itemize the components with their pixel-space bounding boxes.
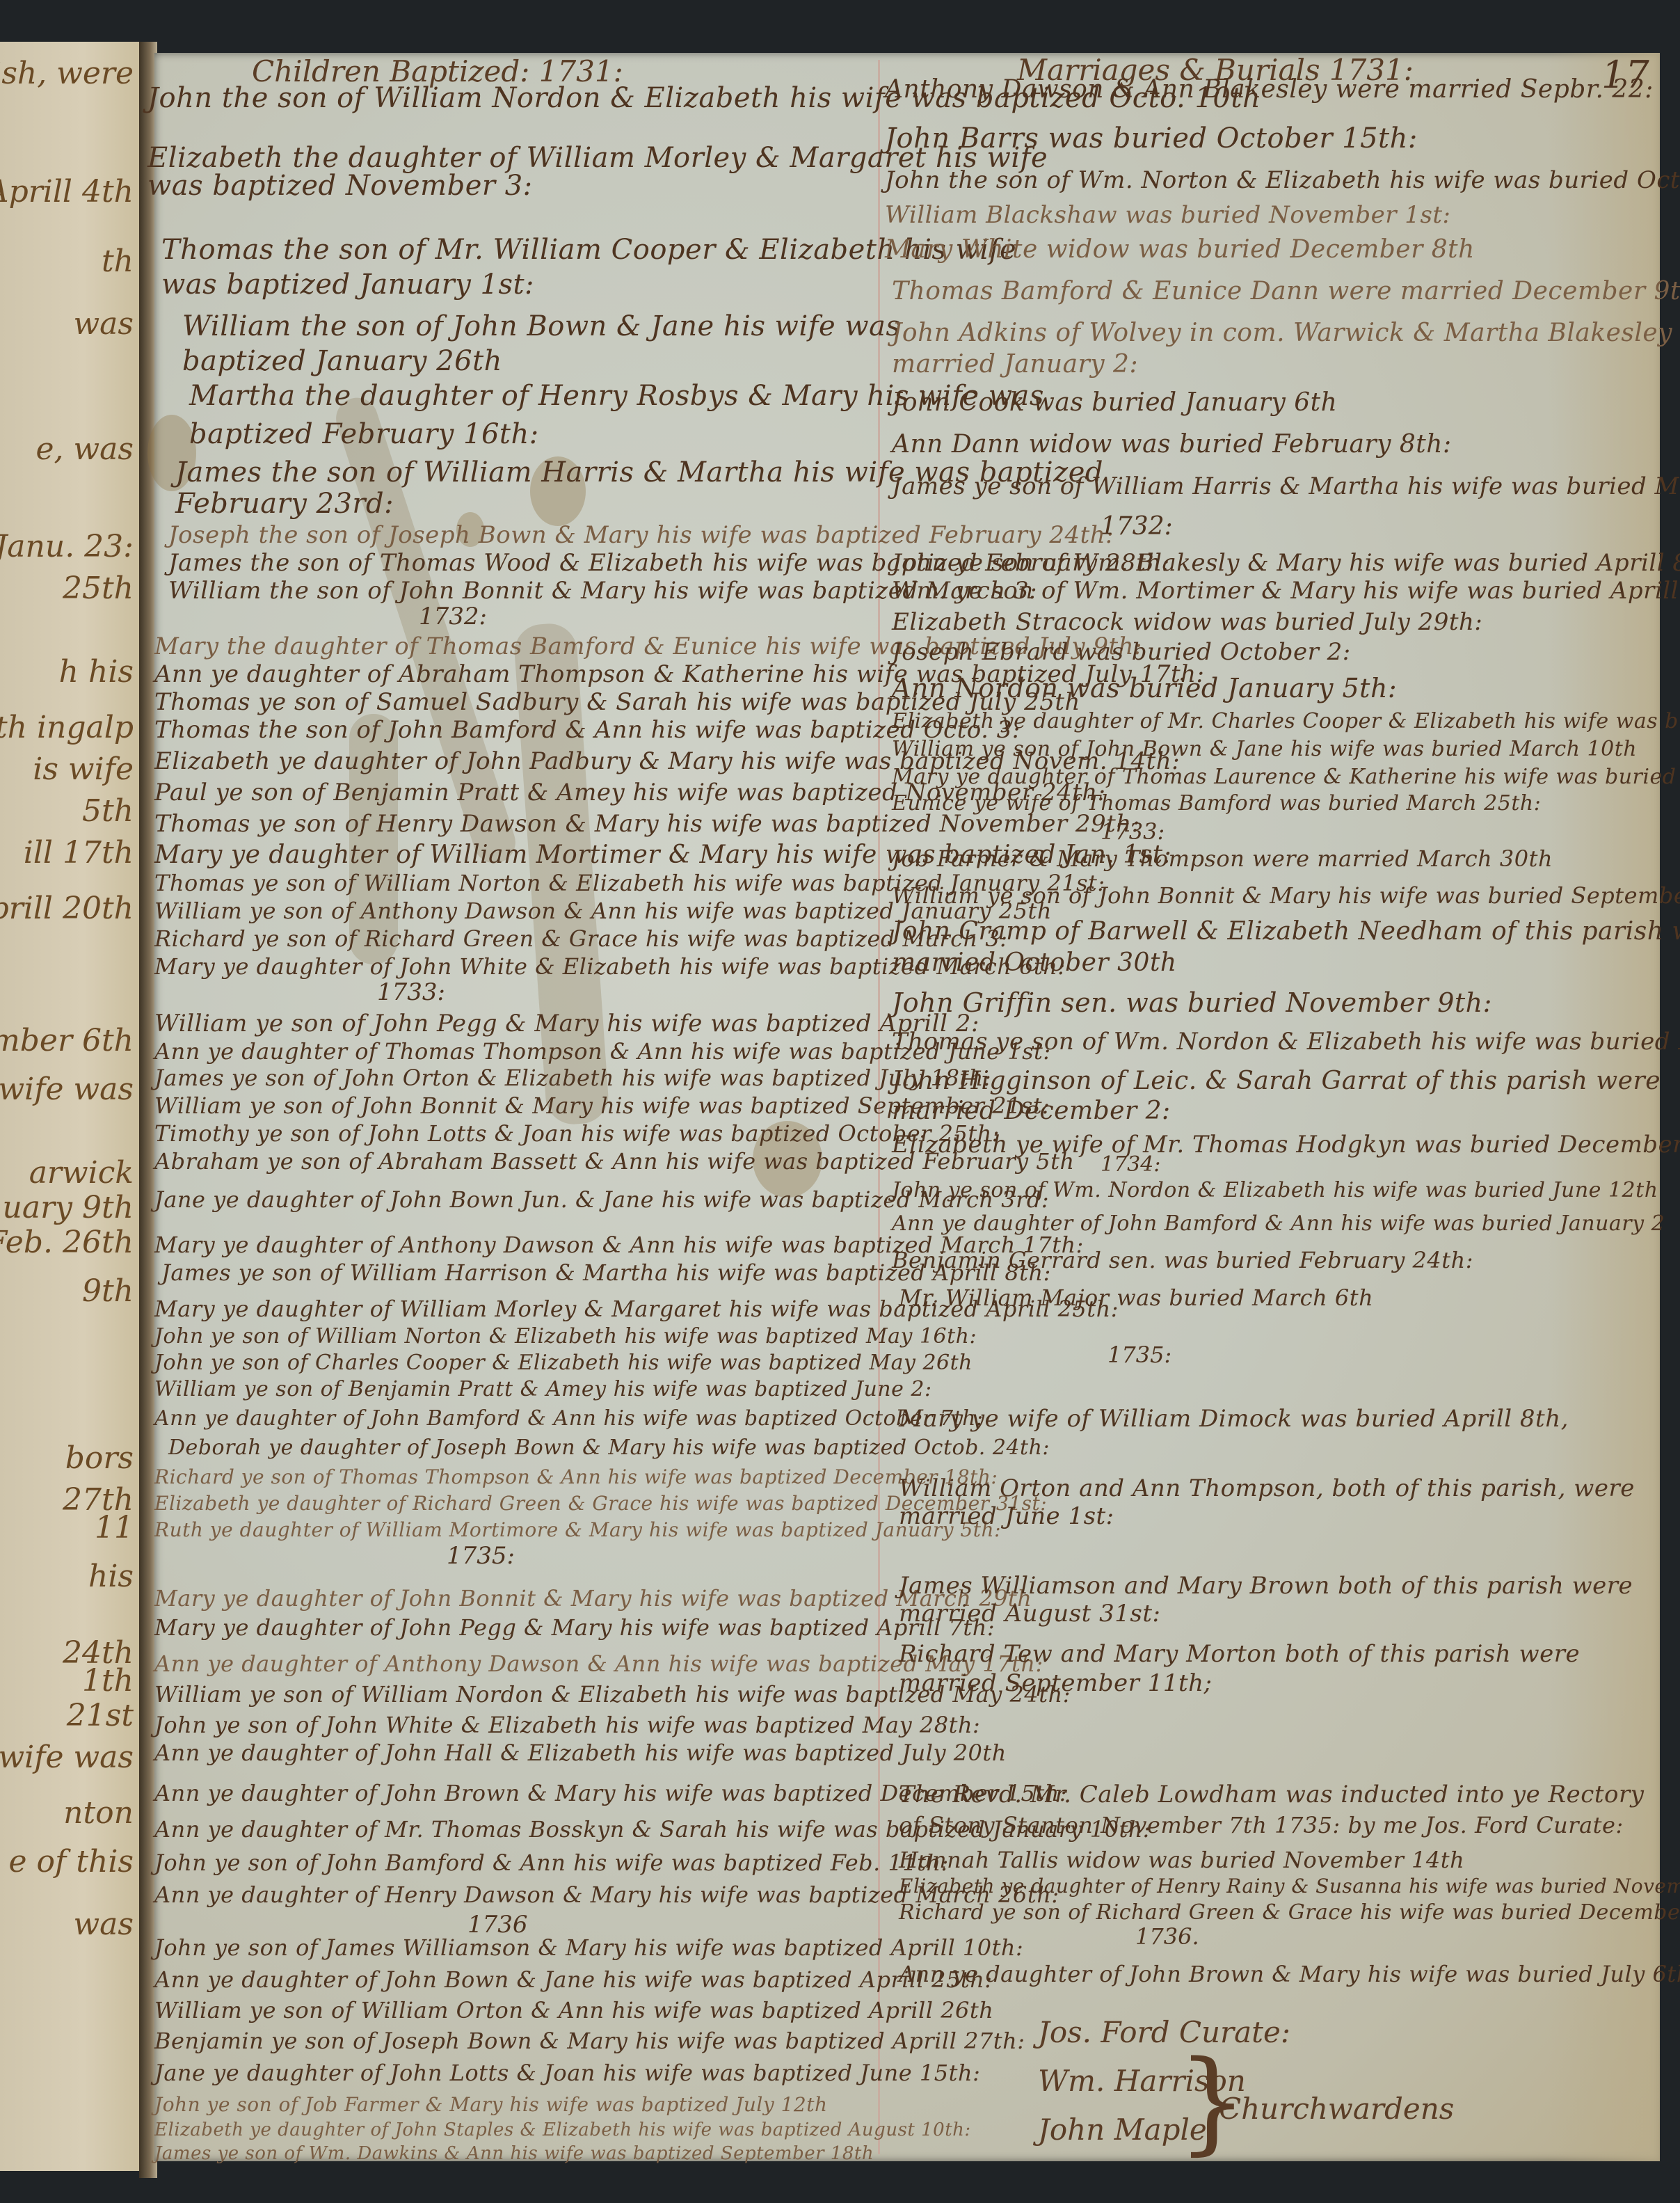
year-marker: 1735: [1107, 1342, 1171, 1368]
baptism-entry: Deborah ye daughter of Joseph Bown & Mar… [168, 1432, 1050, 1464]
register-entry: Mary White widow was buried December 8th [885, 234, 1475, 266]
register-entry: Joseph Ebrard was buried October 2: [892, 636, 1351, 668]
register-entry: Eunice ye wife of Thomas Bamford was bur… [892, 788, 1541, 820]
register-entry: John Griffin sen. was buried November 9t… [892, 987, 1492, 1019]
register-entry: Ann ye daughter of John Brown & Mary his… [899, 1958, 1680, 1990]
left-page-fragment: Aprill 20th [0, 891, 134, 926]
baptism-entry: John ye son of James Williamson & Mary h… [154, 1932, 1023, 1964]
register-entry: The Revd. Mr. Caleb Lowdham was inducted… [899, 1779, 1644, 1811]
register-entry: Mr. William Major was buried March 6th [899, 1282, 1373, 1314]
baptism-entry: Jane ye daughter of John Lotts & Joan hi… [154, 2057, 980, 2089]
register-entry: John Barrs was buried October 15th: [885, 122, 1418, 154]
left-page-fragment: wife was [0, 1740, 134, 1775]
register-entry: William Blackshaw was buried November 1s… [885, 199, 1451, 231]
register-entry: John Cook was buried January 6th [892, 387, 1337, 419]
left-page-fragment: ember 6th [0, 1023, 134, 1058]
left-page-fragment: uary 9th [3, 1190, 134, 1225]
register-entry: Ann ye daughter of John Bamford & Ann hi… [892, 1208, 1665, 1240]
year-marker: 1733: [1101, 818, 1165, 845]
baptism-entry: James ye son of Wm. Dawkins & Ann his wi… [154, 2138, 874, 2170]
left-page-fragment: e of this [9, 1844, 134, 1879]
left-page-fragment: arwick [29, 1155, 134, 1191]
left-page-fragment: ied Janu. 23: [0, 529, 134, 564]
baptism-entry: Benjamin ye son of Joseph Bown & Mary hi… [154, 2025, 1025, 2057]
baptism-entry: was baptized January 1st: [161, 269, 534, 301]
baptism-entry: baptized January 26th [182, 345, 502, 377]
left-page-fragment: 1th [82, 1663, 134, 1699]
register-entry: Thomas Bamford & Eunice Dann were marrie… [892, 276, 1680, 308]
left-page-fragment: 25th [63, 571, 134, 606]
register-entry: Ann Dann widow was buried February 8th: [892, 429, 1452, 461]
left-page-fragment: was [74, 306, 134, 342]
baptism-entry: Ruth ye daughter of William Mortimore & … [154, 1514, 1001, 1546]
register-entry: Elizabeth ye wife of Mr. Thomas Hodgkyn … [892, 1129, 1680, 1161]
year-marker: 1734: [1101, 1152, 1160, 1177]
baptism-entry: John ye son of John Bamford & Ann his wi… [154, 1847, 949, 1879]
register-entry: married December 2: [892, 1095, 1171, 1127]
register-entry: Elizabeth Stracock widow was buried July… [892, 606, 1482, 638]
register-entry: John Adkins of Wolvey in com. Warwick & … [892, 317, 1680, 349]
left-page-fragment: bors [65, 1440, 134, 1476]
year-marker: 1735: [447, 1542, 515, 1570]
left-page-fragment: d Feb. 26th [0, 1225, 134, 1260]
baptism-entry: William ye son of William Orton & Ann hi… [154, 1994, 993, 2026]
baptism-entry: William ye son of Benjamin Pratt & Amey … [154, 1374, 932, 1406]
register-entry: married September 11th; [899, 1667, 1213, 1699]
register-entry: married August 31st: [899, 1598, 1160, 1630]
register-entry: Thomas ye son of Wm. Nordon & Elizabeth … [892, 1026, 1680, 1058]
left-page-fragment: uried Aprill 4th [0, 174, 134, 209]
left-page-fragment: 5th [82, 793, 134, 829]
register-entry: Richard Tew and Mary Morton both of this… [899, 1638, 1580, 1670]
register-entry: John the son of Wm. Norton & Elizabeth h… [885, 164, 1680, 196]
register-entry: married June 1st: [899, 1500, 1114, 1532]
left-facing-page: arish, were uried Aprill 4th th was e, w… [0, 42, 143, 2171]
left-page-fragment: is wife [33, 751, 134, 787]
left-page-fragment: 11 [95, 1510, 134, 1545]
baptism-entry: Ann ye daughter of John Bamford & Ann hi… [154, 1403, 984, 1435]
register-entry: Richard ye son of Richard Green & Grace … [899, 1897, 1680, 1929]
left-page-fragment: th [102, 244, 134, 279]
left-page-fragment: ll 5th ingalp [0, 710, 134, 745]
baptism-entry: February 23rd: [175, 488, 394, 520]
left-page-fragment: 9th [82, 1273, 134, 1309]
register-entry: John Cramp of Barwell & Elizabeth Needha… [892, 916, 1680, 948]
register-entry: Job Farmer & Mary Thompson were married … [892, 843, 1553, 875]
year-marker: 1736. [1135, 1923, 1199, 1950]
baptism-entry: William the son of John Bown & Jane his … [182, 310, 901, 342]
register-entry: John Higginson of Leic. & Sarah Garrat o… [892, 1065, 1661, 1097]
left-page-fragment: ill 17th [24, 835, 134, 870]
baptism-entry: was baptized November 3: [147, 170, 533, 202]
page-edge-shading [1549, 53, 1660, 2161]
left-page-fragment: arish, were [0, 56, 134, 91]
curate-signature: Jos. Ford Curate: [1038, 2015, 1290, 2049]
left-page-fragment: wife was [0, 1072, 134, 1107]
left-page-fragment: 21st [67, 1698, 134, 1733]
register-entry: married October 30th [892, 947, 1177, 979]
year-marker: 1732: [1101, 512, 1173, 541]
register-entry: James ye son of William Harris & Martha … [892, 470, 1680, 502]
baptism-entry: baptized February 16th: [189, 418, 539, 450]
baptism-entry: Mary ye daughter of John Pegg & Mary his… [154, 1612, 995, 1644]
register-entry: Ann Nordon was buried January 5th: [892, 672, 1397, 704]
left-page-fragment: e, was [36, 431, 134, 467]
year-marker: 1733: [377, 978, 445, 1006]
baptism-entry: Ann ye daughter of John Bown & Jane his … [154, 1964, 993, 1996]
register-page: 17 Children Baptized: 1731: John the son… [154, 53, 1660, 2161]
baptism-entry: Thomas the son of John Bamford & Ann his… [154, 714, 1021, 746]
left-page-fragment: was [74, 1907, 134, 1942]
register-entry: Benjamin Gerrard sen. was buried Februar… [892, 1244, 1473, 1276]
baptism-entry: Ann ye daughter of John Hall & Elizabeth… [154, 1737, 1007, 1769]
register-entry: William ye son of John Bonnit & Mary his… [892, 880, 1680, 912]
register-entry: married January 2: [892, 349, 1138, 381]
churchwardens-label: Churchwardens [1219, 2092, 1454, 2126]
register-entry: of Stony Stanton November 7th 1735: by m… [899, 1809, 1624, 1841]
left-page-fragment: h his [59, 654, 134, 690]
left-page-fragment: his [88, 1559, 134, 1594]
register-entry: Anthony Dawson & Ann Blakesley were marr… [885, 74, 1654, 106]
register-entry: Wm. ye son of Wm. Mortimer & Mary his wi… [892, 575, 1680, 607]
register-entry: Mary ye wife of William Dimock was burie… [899, 1403, 1569, 1435]
year-marker: 1732: [419, 603, 487, 630]
register-entry: John ye son of Wm. Nordon & Elizabeth hi… [892, 1175, 1658, 1207]
left-page-fragment: nton [63, 1795, 134, 1831]
